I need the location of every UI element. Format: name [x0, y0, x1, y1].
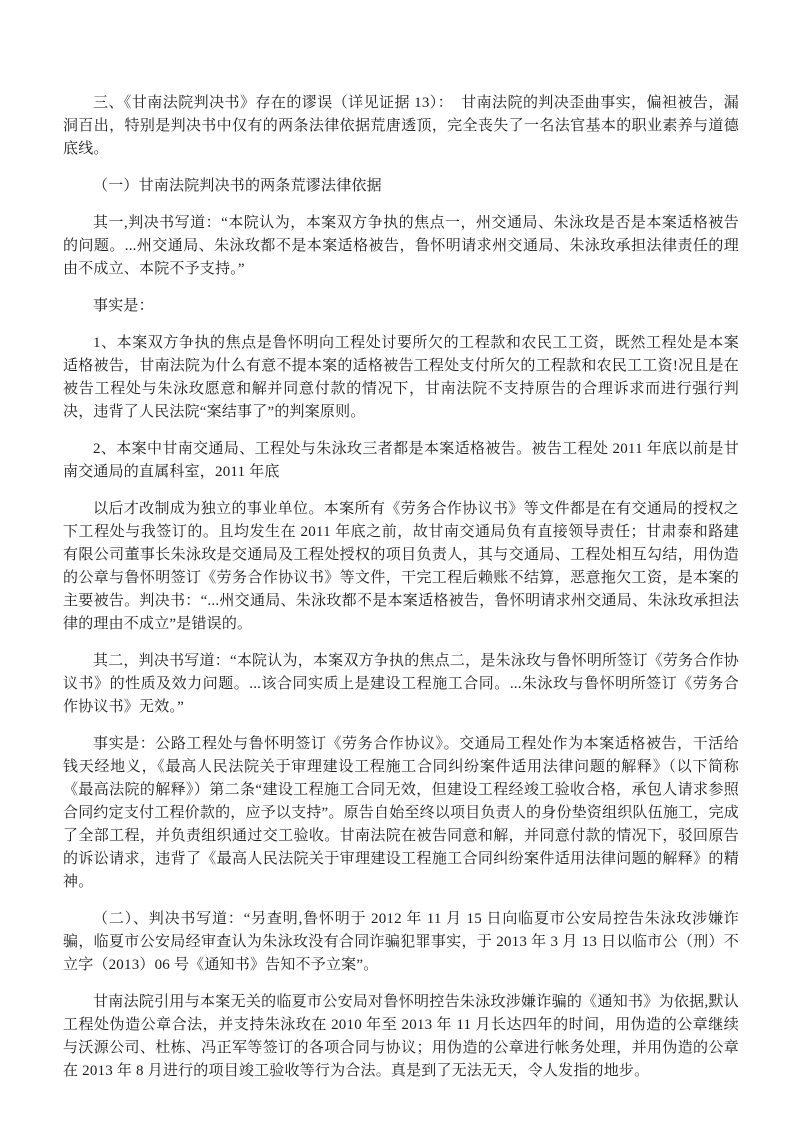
- document-page: 三、《甘南法院判决书》存在的谬误（详见证据 13）： 甘南法院的判决歪曲事实，偏…: [0, 0, 800, 1132]
- paragraph: 事实是：公路工程处与鲁怀明签订《劳务合作协议》。交通局工程处作为本案适格被告，干…: [63, 733, 739, 894]
- paragraph: 以后才改制成为独立的事业单位。本案所有《劳务合作协议书》等文件都是在有交通局的授…: [63, 498, 739, 636]
- paragraph: 甘南法院引用与本案无关的临夏市公安局对鲁怀明控告朱泳玫涉嫌诈骗的《通知书》为依据…: [63, 991, 739, 1083]
- paragraph: 其二，判决书写道：“本院认为，本案双方争执的焦点二，是朱泳玫与鲁怀明所签订《劳务…: [63, 650, 739, 719]
- paragraph: （二）、判决书写道：“另查明,鲁怀明于 2012 年 11 月 15 日向临夏市…: [63, 908, 739, 977]
- paragraph-section-heading: 三、《甘南法院判决书》存在的谬误（详见证据 13）： 甘南法院的判决歪曲事实，偏…: [63, 92, 739, 161]
- paragraph: 其一,判决书写道：“本院认为，本案双方争执的焦点一，州交通局、朱泳玫是否是本案适…: [63, 212, 739, 281]
- paragraph: 2、本案中甘南交通局、工程处与朱泳玫三者都是本案适格被告。被告工程处 2011 …: [63, 438, 739, 484]
- document-text-block: 三、《甘南法院判决书》存在的谬误（详见证据 13）： 甘南法院的判决歪曲事实，偏…: [63, 92, 739, 1097]
- paragraph: 事实是：: [63, 295, 739, 318]
- paragraph-sub-heading: （一）甘南法院判决书的两条荒谬法律依据: [63, 175, 739, 198]
- paragraph: 1、本案双方争执的焦点是鲁怀明向工程处讨要所欠的工程款和农民工工资，既然工程处是…: [63, 332, 739, 424]
